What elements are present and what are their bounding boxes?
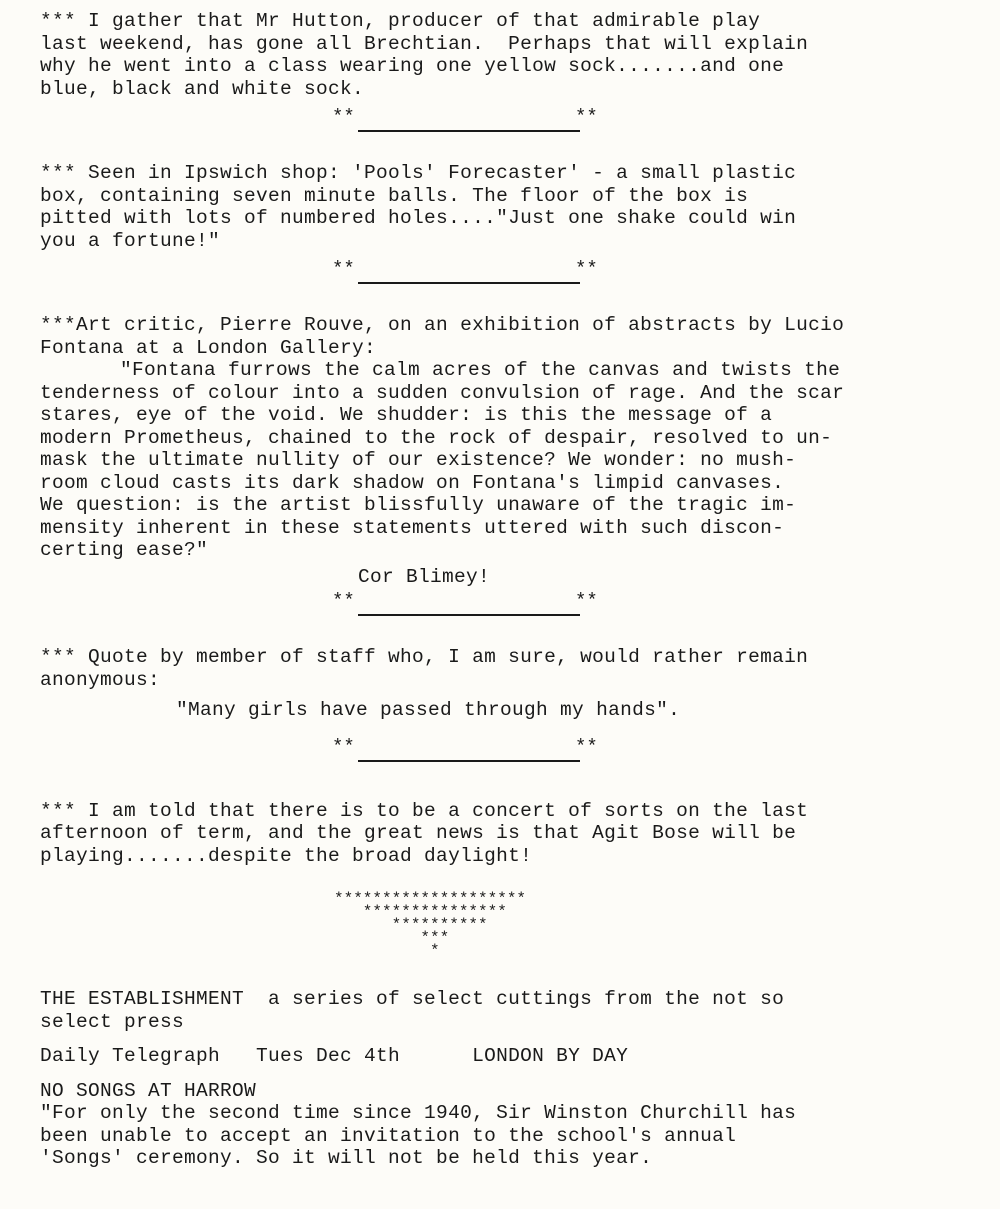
typewritten-page: *** I gather that Mr Hutton, producer of…	[40, 10, 980, 1170]
quote-line: tenderness of colour into a sudden convu…	[40, 382, 980, 405]
ornament-row: *	[334, 945, 980, 958]
quote-line: modern Prometheus, chained to the rock o…	[40, 427, 980, 450]
text-line: Fontana at a London Gallery:	[40, 337, 980, 360]
text-line: playing.......despite the broad daylight…	[40, 845, 980, 868]
separator-stars-right: **	[575, 590, 598, 612]
separator-rule	[358, 130, 580, 132]
section-heading: THE ESTABLISHMENT a series of select cut…	[40, 988, 980, 1011]
text-line: box, containing seven minute balls. The …	[40, 185, 980, 208]
quote-line: "Fontana furrows the calm acres of the c…	[40, 359, 980, 382]
asterisk-triangle-ornament: ******************** *************** ***…	[40, 893, 980, 958]
gossip-item-concert: *** I am told that there is to be a conc…	[40, 800, 980, 868]
cutting-line: 'Songs' ceremony. So it will not be held…	[40, 1147, 980, 1170]
separator-rule	[358, 282, 580, 284]
separator-stars-left: **	[332, 590, 355, 612]
section-separator: ** **	[40, 106, 980, 144]
text-line: why he went into a class wearing one yel…	[40, 55, 980, 78]
text-line: last weekend, has gone all Brechtian. Pe…	[40, 33, 980, 56]
text-line: *** I gather that Mr Hutton, producer of…	[40, 10, 980, 33]
separator-stars-right: **	[575, 736, 598, 758]
gossip-item-staff-quote: *** Quote by member of staff who, I am s…	[40, 646, 980, 722]
text-line: anonymous:	[40, 669, 980, 692]
separator-stars-left: **	[332, 106, 355, 128]
quote-line: We question: is the artist blissfully un…	[40, 494, 980, 517]
text-line: pitted with lots of numbered holes...."J…	[40, 207, 980, 230]
text-line: blue, black and white sock.	[40, 78, 980, 101]
quote-line: certing ease?"	[40, 539, 980, 562]
separator-rule	[358, 760, 580, 762]
separator-stars-right: **	[575, 106, 598, 128]
text-line: you a fortune!"	[40, 230, 980, 253]
cutting-source: Daily Telegraph Tues Dec 4th LONDON BY D…	[40, 1045, 980, 1068]
text-line: *** Seen in Ipswich shop: 'Pools' Foreca…	[40, 162, 980, 185]
gossip-item-pools-forecaster: *** Seen in Ipswich shop: 'Pools' Foreca…	[40, 162, 980, 252]
sign-off: Cor Blimey!	[40, 566, 980, 589]
section-heading: select press	[40, 1011, 980, 1034]
quote-line: room cloud casts its dark shadow on Font…	[40, 472, 980, 495]
separator-stars-right: **	[575, 258, 598, 280]
quote-line: stares, eye of the void. We shudder: is …	[40, 404, 980, 427]
section-separator: ** **	[40, 736, 980, 774]
quote-line: mask the ultimate nullity of our existen…	[40, 449, 980, 472]
gossip-item-art-critic: ***Art critic, Pierre Rouve, on an exhib…	[40, 314, 980, 588]
section-separator: ** **	[40, 258, 980, 296]
text-line: *** Quote by member of staff who, I am s…	[40, 646, 980, 669]
cutting-title: NO SONGS AT HARROW	[40, 1080, 980, 1103]
separator-stars-left: **	[332, 736, 355, 758]
text-line: ***Art critic, Pierre Rouve, on an exhib…	[40, 314, 980, 337]
separator-rule	[358, 614, 580, 616]
quote-line: mensity inherent in these statements utt…	[40, 517, 980, 540]
cutting-line: been unable to accept an invitation to t…	[40, 1125, 980, 1148]
text-line: afternoon of term, and the great news is…	[40, 822, 980, 845]
gossip-item-hutton: *** I gather that Mr Hutton, producer of…	[40, 10, 980, 100]
staff-quote: "Many girls have passed through my hands…	[40, 699, 980, 722]
text-line: *** I am told that there is to be a conc…	[40, 800, 980, 823]
separator-stars-left: **	[332, 258, 355, 280]
cutting-line: "For only the second time since 1940, Si…	[40, 1102, 980, 1125]
establishment-section: THE ESTABLISHMENT a series of select cut…	[40, 988, 980, 1170]
section-separator: ** **	[40, 590, 980, 628]
